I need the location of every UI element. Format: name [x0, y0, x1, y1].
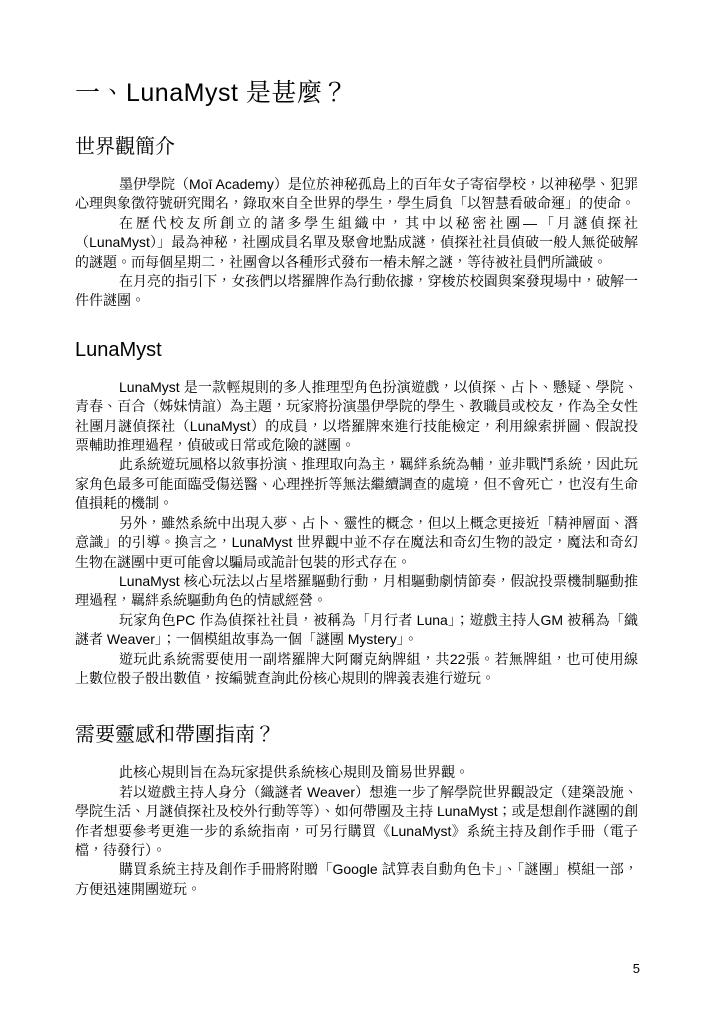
paragraph-moon-guidance: 在月亮的指引下，女孩們以塔羅牌作為行動依據，穿梭於校園與案發現場中，破解一件件謎… — [75, 272, 638, 311]
paragraph-secret-club: 在歷代校友所創立的諸多學生組織中，其中以秘密社團—「月謎偵探社（LunaMyst… — [75, 214, 638, 272]
section-lunamyst: LunaMyst LunaMyst 是一款輕規則的多人推理型角色扮演遊戲，以偵探… — [75, 337, 638, 689]
heading-world-intro: 世界觀簡介 — [75, 134, 638, 160]
paragraph-academy-intro: 墨伊學院（Moī Academy）是位於神秘孤島上的百年女子寄宿學校，以神秘學、… — [75, 175, 638, 214]
paragraph-core-rules-purpose: 此核心規則旨在為玩家提供系統核心規則及簡易世界觀。 — [75, 763, 638, 782]
paragraph-spirituality: 另外，雖然系統中出現入夢、占卜、靈性的概念，但以上概念更接近「精神層面、潛意識」… — [75, 514, 638, 572]
paragraph-game-overview: LunaMyst 是一款輕規則的多人推理型角色扮演遊戲，以偵探、占卜、懸疑、學院… — [75, 378, 638, 456]
paragraph-roles: 玩家角色PC 作為偵探社社員，被稱為「月行者 Luna」；遊戲主持人GM 被稱為… — [75, 611, 638, 650]
heading-gm-guide: 需要靈感和帶團指南？ — [75, 722, 638, 748]
paragraph-tarot-deck: 遊玩此系統需要使用一副塔羅牌大阿爾克納牌組，共22張。若無牌組，也可使用線上數位… — [75, 650, 638, 689]
section-gm-guide: 需要靈感和帶團指南？ 此核心規則旨在為玩家提供系統核心規則及簡易世界觀。 若以遊… — [75, 722, 638, 899]
paragraph-handbook-bonus: 購買系統主持及創作手冊將附贈「Google 試算表自動角色卡」、「謎團」模組一部… — [75, 860, 638, 899]
section-world-intro: 世界觀簡介 墨伊學院（Moī Academy）是位於神秘孤島上的百年女子寄宿學校… — [75, 134, 638, 311]
document-page: 一、LunaMyst 是甚麼？ 世界觀簡介 墨伊學院（Moī Academy）是… — [0, 0, 710, 1024]
paragraph-play-style: 此系統遊玩風格以敘事扮演、推理取向為主，羈絆系統為輔，並非戰鬥系統，因此玩家角色… — [75, 455, 638, 513]
paragraph-core-mechanics: LunaMyst 核心玩法以占星塔羅驅動行動，月相驅動劇情節奏，假說投票機制驅動… — [75, 572, 638, 611]
paragraph-gm-handbook: 若以遊戲主持人身分（織謎者 Weaver）想進一步了解學院世界觀設定（建築設施、… — [75, 783, 638, 861]
heading-lunamyst: LunaMyst — [75, 337, 638, 363]
page-title: 一、LunaMyst 是甚麼？ — [75, 78, 638, 108]
page-number: 5 — [633, 962, 640, 975]
